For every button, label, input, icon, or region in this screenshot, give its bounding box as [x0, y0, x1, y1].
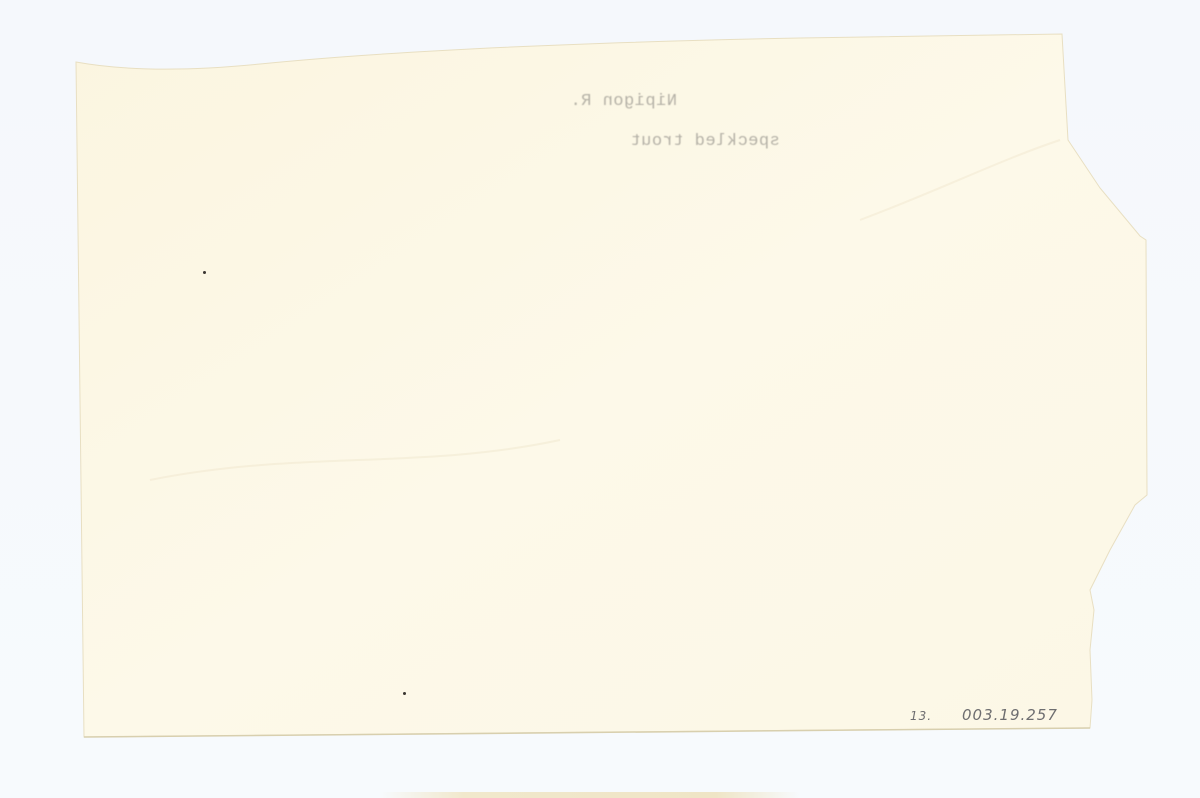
- pencil-accession-number: 003.19.257: [962, 706, 1058, 724]
- next-sheet-edge: [380, 792, 800, 798]
- paper-sheet: [0, 0, 1200, 798]
- paper-speck: [203, 271, 206, 274]
- pencil-item-number: 13.: [910, 709, 932, 723]
- paper-speck: [403, 692, 406, 695]
- typed-location-mirrored: Nipigon R.: [570, 92, 677, 111]
- typed-species-mirrored: speckled trout: [630, 132, 780, 151]
